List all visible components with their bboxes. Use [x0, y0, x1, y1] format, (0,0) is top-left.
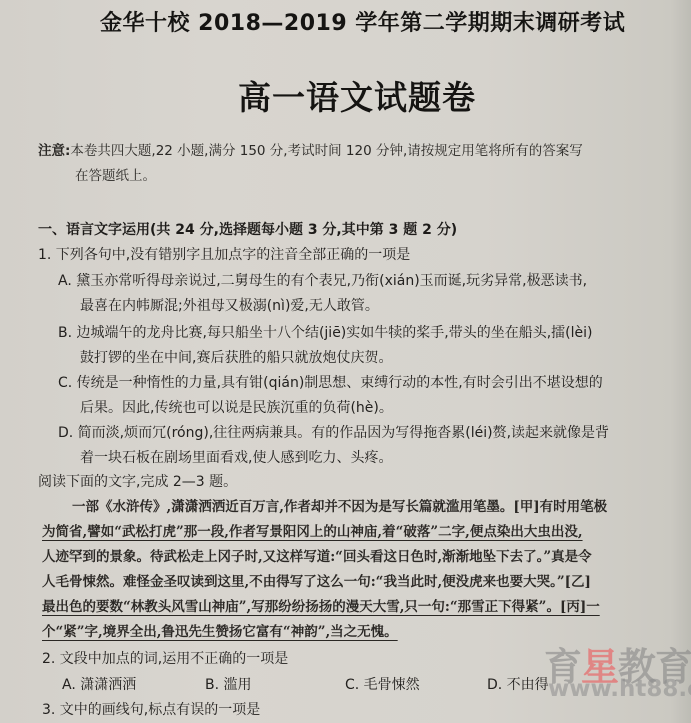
question-2-stem: 2. 文段中加点的词,运用不正确的一项是	[42, 648, 288, 668]
watermark-url: www.ht88.com	[548, 676, 691, 702]
notice-line-1: 注意:本卷共四大题,22 小题,满分 150 分,考试时间 120 分钟,请按规…	[38, 139, 583, 159]
q1-option-c-line1: C. 传统是一种惰性的力量,具有钳(qián)制思想、束缚行动的本性,有时会引出…	[58, 372, 603, 392]
q2-option-c: C. 毛骨悚然	[345, 674, 420, 694]
reading-intro: 阅读下面的文字,完成 2—3 题。	[38, 471, 237, 491]
section-heading: 一、语言文字运用(共 24 分,选择题每小题 3 分,其中第 3 题 2 分)	[38, 219, 457, 239]
q1-option-b-line2: 鼓打锣的坐在中间,赛后获胜的船只就放炮仗庆贺。	[80, 347, 392, 367]
q1-option-d-line2: 着一块石板在剧场里面看戏,使人感到吃力、头疼。	[80, 447, 392, 467]
passage-line-1: 一部《水浒传》,潇潇洒洒近百万言,作者却并不因为是写长篇就滥用笔墨。[甲]有时用…	[72, 495, 607, 515]
q2-option-a: A. 潇潇洒洒	[62, 674, 136, 694]
passage-line-2: 为简省,譬如“武松打虎”那一段,作者写景阳冈上的山神庙,着“破落”二字,便点染出…	[42, 520, 583, 540]
q2-option-b: B. 滥用	[205, 674, 252, 694]
q1-option-a-line2: 最喜在内帏厮混;外祖母又极溺(nì)爱,无人敢管。	[80, 295, 379, 315]
passage-line-3: 人迹罕到的景象。待武松走上冈子时,又这样写道:“回头看这日色时,渐渐地坠下去了。…	[42, 545, 592, 565]
passage-line-5: 最出色的要数“林教头风雪山神庙”,写那纷纷扬扬的漫天大雪,只一句:“那雪正下得紧…	[42, 595, 600, 615]
passage-line-4: 人毛骨悚然。难怪金圣叹读到这里,不由得写了这么一句:“我当此时,便没虎来也要大哭…	[42, 570, 591, 590]
paper-title: 高一语文试题卷	[238, 72, 476, 119]
question-1-stem: 1. 下列各句中,没有错别字且加点字的注音全部正确的一项是	[38, 244, 410, 264]
passage-line-6: 个“紧”字,境界全出,鲁迅先生赞扬它富有“神韵”,当之无愧。	[42, 620, 398, 640]
exam-title: 金华十校 2018—2019 学年第二学期期末调研考试	[100, 6, 625, 37]
notice-line-2: 在答题纸上。	[75, 164, 156, 184]
q1-option-b-line1: B. 边城端午的龙舟比赛,每只船坐十八个结(jiē)实如牛犊的桨手,带头的坐在船…	[58, 322, 593, 342]
notice-label: 注意:	[38, 143, 70, 159]
question-3-stem: 3. 文中的画线句,标点有误的一项是	[42, 699, 260, 719]
q1-option-d-line1: D. 简而淡,烦而冗(róng),往往两病兼具。有的作品因为写得拖沓累(léi)…	[58, 422, 609, 442]
notice-text: 本卷共四大题,22 小题,满分 150 分,考试时间 120 分钟,请按规定用笔…	[70, 143, 582, 159]
q1-option-c-line2: 后果。因此,传统也可以说是民族沉重的负荷(hè)。	[80, 397, 393, 417]
q2-option-d: D. 不由得	[487, 674, 549, 694]
q1-option-a-line1: A. 黛玉亦常听得母亲说过,二舅母生的有个表兄,乃衔(xián)玉而诞,玩劣异常…	[58, 270, 587, 290]
